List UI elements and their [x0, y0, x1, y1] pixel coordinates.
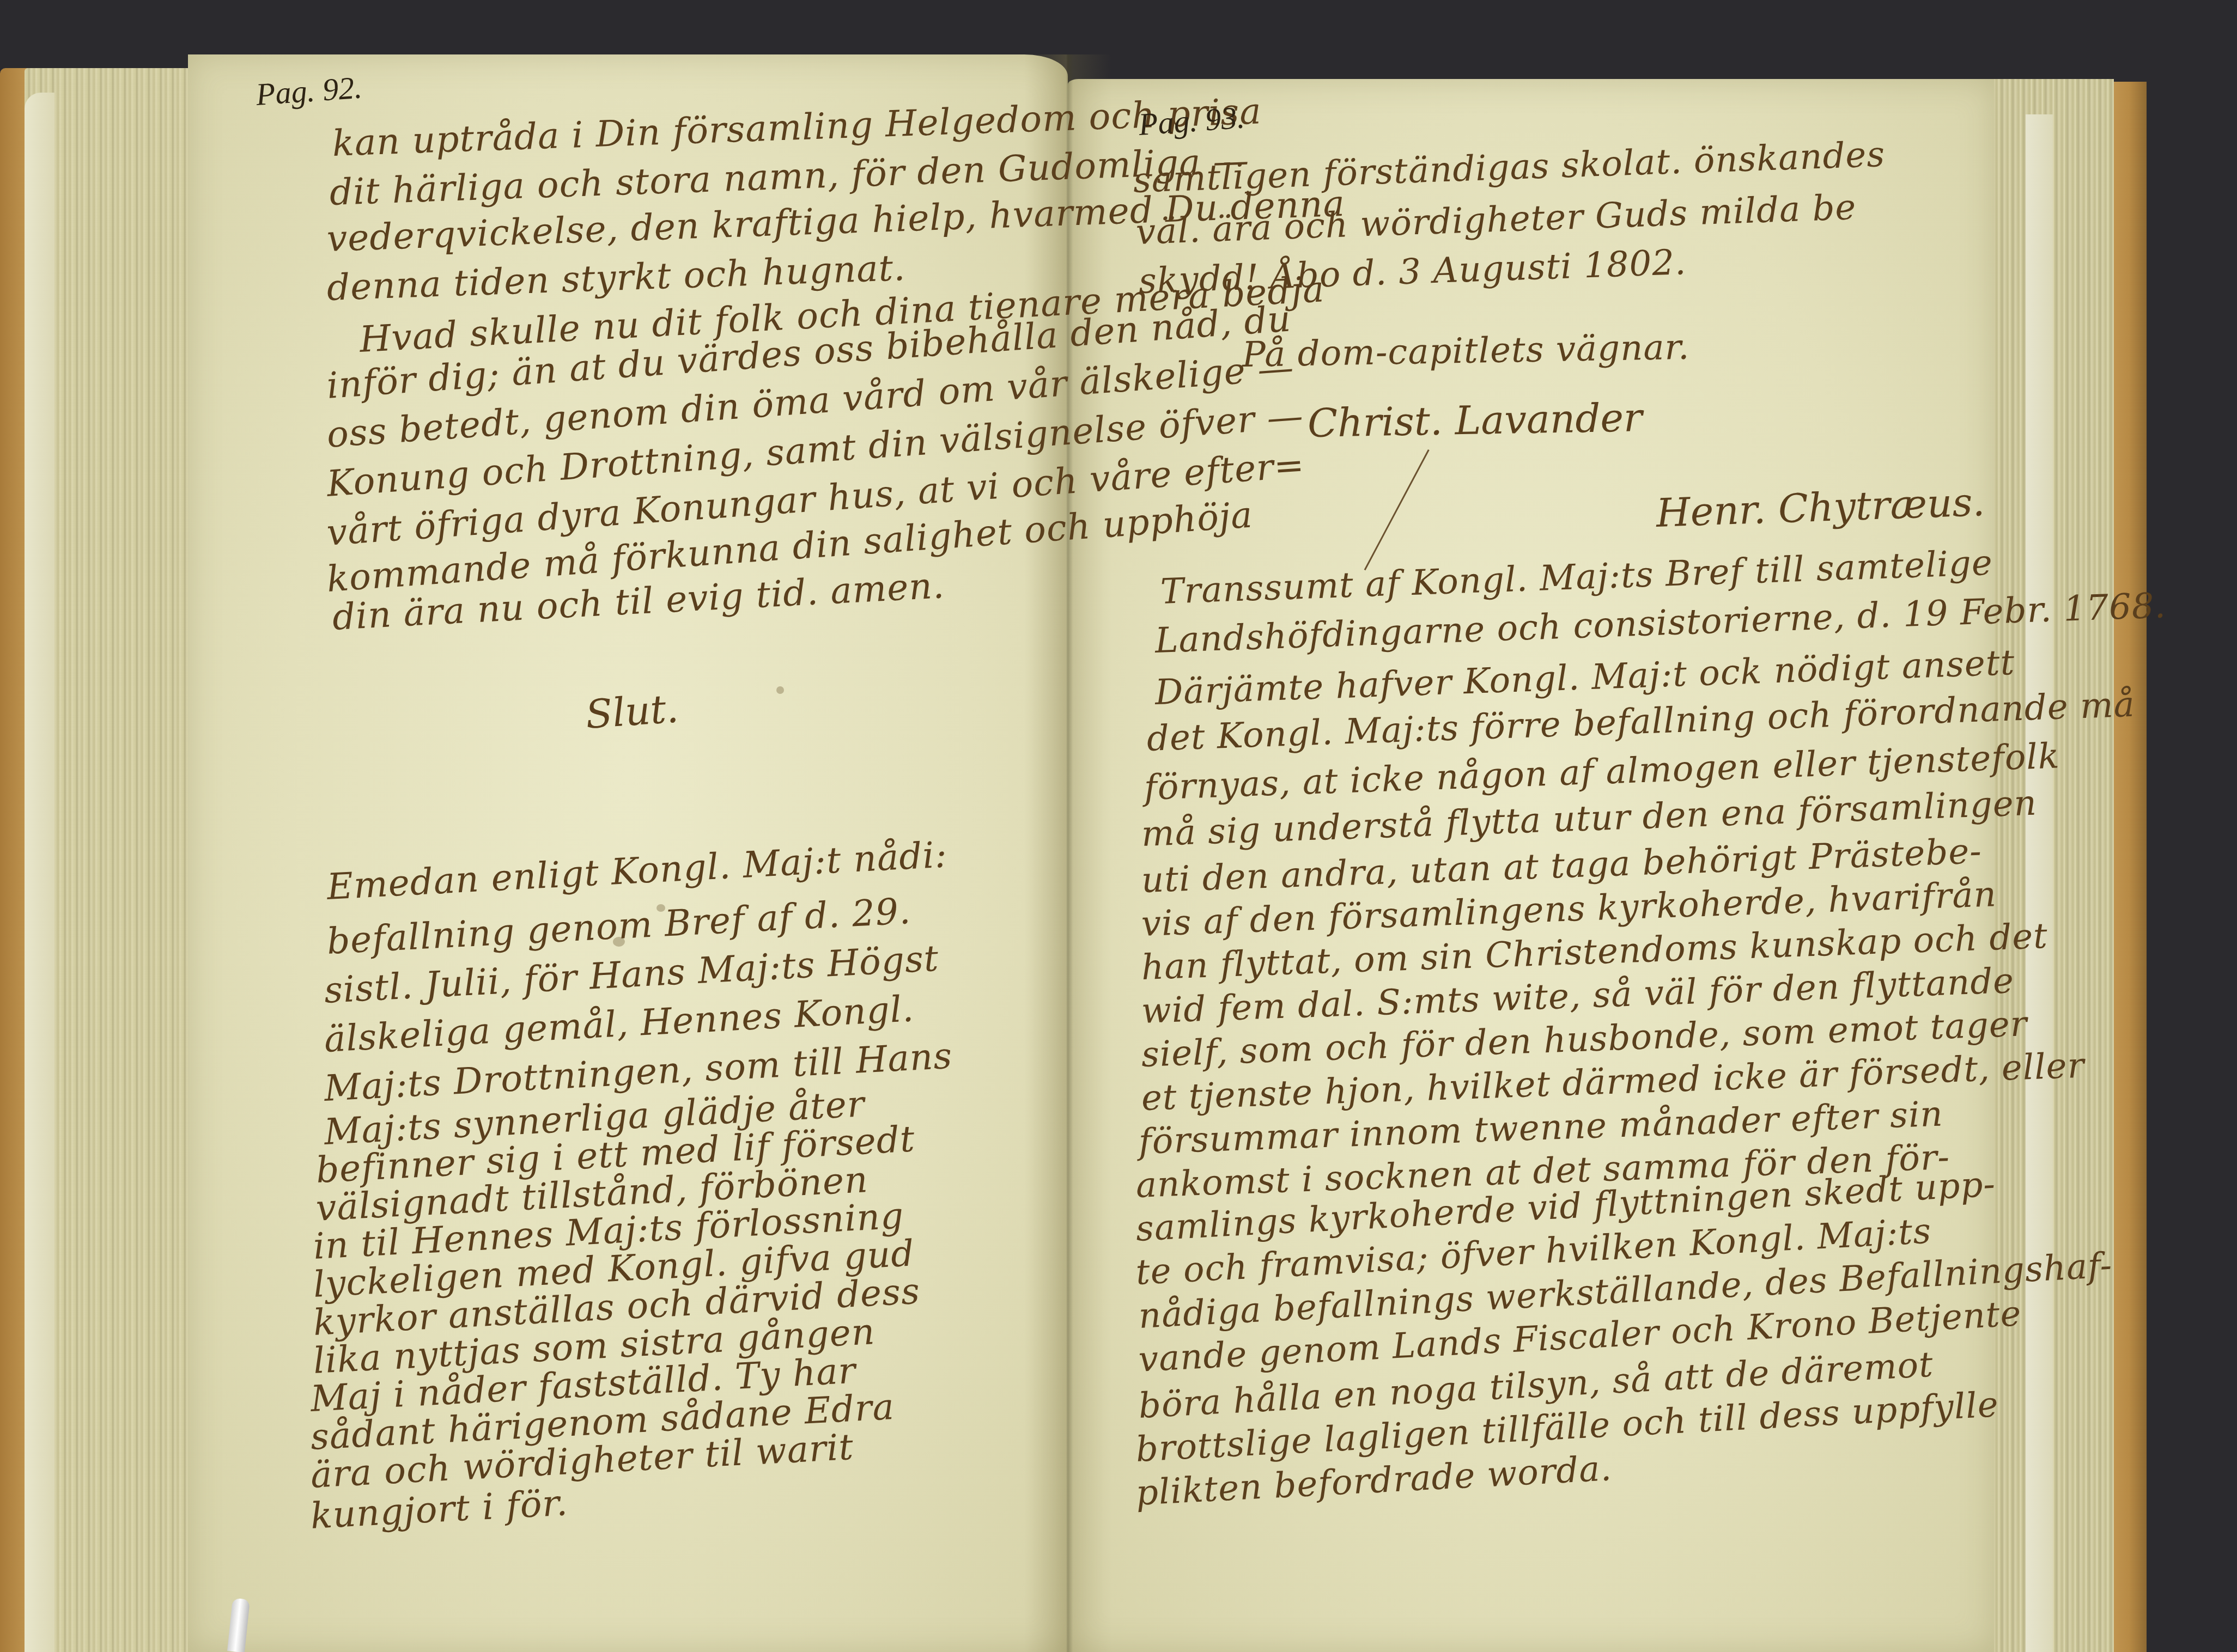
right-page-folio: Pag. 93. — [1138, 99, 1246, 142]
page-stack-left-flyleaf — [25, 93, 54, 1652]
left-closing-mark: Slut. — [584, 685, 680, 737]
signature-lavander: Christ. Lavander — [1307, 394, 1643, 446]
on-behalf-line: På dom-capitlets vägnar. — [1242, 327, 1690, 375]
page-stack-right-flyleaf — [2026, 114, 2053, 1652]
ink-blot — [776, 686, 784, 694]
book-photograph: Pag. 92. kan uptråda i Din församling He… — [0, 0, 2237, 1652]
left-page-folio: Pag. 92. — [255, 69, 363, 112]
